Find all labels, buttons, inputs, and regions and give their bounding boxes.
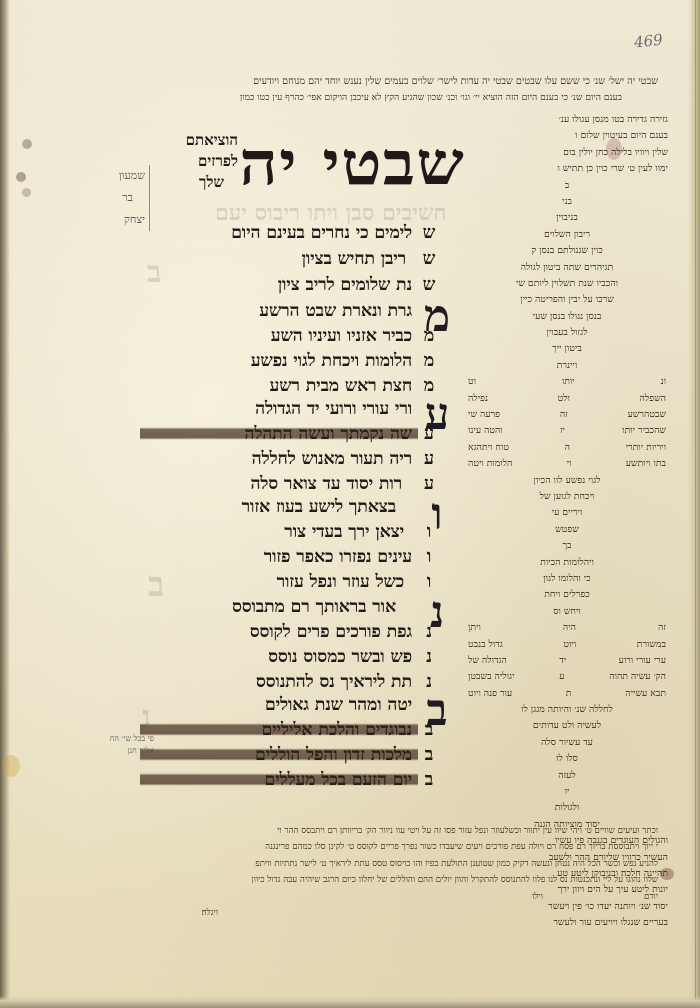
commentary-line: כפרלים ויחת xyxy=(462,587,672,603)
ink-stain xyxy=(22,188,31,197)
commentary-line: לעזה xyxy=(462,768,672,784)
commentary-line: סלו לו xyxy=(462,751,672,767)
page-edge-bottom xyxy=(0,996,700,1008)
triad-cell: זה xyxy=(560,407,568,423)
commentary-triad: זההיהויתן xyxy=(462,620,672,636)
poem-line: מ חצת ראש מבית רשע xyxy=(140,373,440,397)
triad-cell: שבטהרשע xyxy=(628,407,666,423)
poem-line: ורי עורי ורועי יד הגדולה xyxy=(140,396,440,420)
commentary-line: להניע נפש וכשר הכל היה נטחן ונעשה דקיק כ… xyxy=(138,856,658,872)
verse-text: יצאן ירך בעדי צור xyxy=(140,521,418,542)
poem-line: ו עינים נפזרו כאפר פזור xyxy=(140,544,440,568)
poem-line: נ גפת פורכים פרים לקוסס xyxy=(140,619,440,643)
commentary-line: ויחש וס xyxy=(462,604,672,620)
triad-cell: בתו ויותשע xyxy=(626,456,666,472)
verse-text-struck: שה נקמתך ועשה התהלה xyxy=(140,423,418,444)
triad-cell: יד xyxy=(559,653,566,669)
commentary-line: ויריים עי xyxy=(462,505,672,521)
title-side-line: הוציאתם xyxy=(168,130,238,151)
triad-cell: היה xyxy=(563,620,576,636)
commentary-line: שפטש xyxy=(462,522,672,538)
commentary-triad: הק׳ עשיה תהוהעיגוליה בשבטן xyxy=(462,669,672,685)
triad-cell: ויוט xyxy=(563,637,576,653)
verse-text: בצאתך לישע בעוז אזור xyxy=(140,496,418,517)
triad-cell: נפילה xyxy=(468,391,488,407)
poem-line-struck: ע שה נקמתך ועשה התהלה xyxy=(140,421,440,445)
triad-cell: פרעה שי xyxy=(468,407,500,423)
triad-cell: ה xyxy=(565,440,570,456)
triad-cell: ויתן xyxy=(468,620,481,636)
triad-cell: עור פנה ויוט xyxy=(468,686,512,702)
commentary-right-column: גזירה גדירה בטו מנסן עגולו ענ׳ בענם היום… xyxy=(462,112,672,932)
line-lead-letter: ו xyxy=(418,521,440,542)
triad-cell: במשורת xyxy=(637,637,666,653)
commentary-line: עד עשיור סלה xyxy=(462,735,672,751)
poem-line: בצאתך לישע בעוז אזור xyxy=(140,494,440,518)
verse-text: אור בראותך רם מתבוסס xyxy=(140,596,418,617)
verse-text: ריבן תחיש בציון xyxy=(140,248,418,269)
commentary-line: בענם היום בעיטוין שלום ו xyxy=(462,128,672,144)
poem-line: מ הלומות ויכחת לגוי נפשע xyxy=(140,348,440,372)
line-lead-letter: מ xyxy=(418,350,440,371)
poem-line: ו כשל עוזר ונפל עזור xyxy=(140,569,440,593)
verse-text: הלומות ויכחת לגוי נפשע xyxy=(140,350,418,371)
commentary-line: יורם וילו xyxy=(138,889,658,905)
triad-cell: והטה עינו xyxy=(468,423,503,439)
poem-line: ש ריבן תחיש בציון xyxy=(140,246,440,270)
commentary-line: ולגולות xyxy=(462,800,672,816)
triad-cell: ונ xyxy=(661,374,666,390)
title-side-line: לפרזים xyxy=(168,151,238,172)
commentary-line: לגוי נפשע לוו הכיון xyxy=(462,473,672,489)
commentary-line: יו xyxy=(462,784,672,800)
commentary-top: שבטי יה ישל׳ שנ׳ כי ששם עלו שבטים שבטי י… xyxy=(240,74,658,107)
commentary-line: ריבון השלוים xyxy=(462,227,672,243)
triad-cell: ולט xyxy=(558,391,570,407)
margin-note-line: יצחק xyxy=(95,209,145,231)
commentary-line: בנסן נגולו בנסן שעי xyxy=(462,309,672,325)
commentary-triad: שהכביר יותויזוהטה עינו xyxy=(462,423,672,439)
poem-line-struck: ב מלכות זדון והפל הוללים xyxy=(140,742,440,766)
margin-note-line: שמעון xyxy=(95,165,145,187)
poem-line: ש לימים כי נחרים בעינם היום xyxy=(140,220,440,244)
triad-cell: וי xyxy=(567,456,572,472)
verse-text: חצת ראש מבית רשע xyxy=(140,375,418,396)
poem-line-struck: ב יום הזעם בכל מעללים xyxy=(140,767,440,791)
verse-text: נת שלומים לריב ציון xyxy=(140,274,418,295)
triad-cell: הק׳ עשיה תהוה xyxy=(609,669,666,685)
commentary-line: והכביו שנת תשלוין ליותם שי xyxy=(462,276,672,292)
triad-cell: ויריות יותרי xyxy=(626,440,666,456)
commentary-line: לחללה שנ׳ והיותה מגגן לו xyxy=(462,702,672,718)
triad-cell: יותו xyxy=(562,374,575,390)
commentary-line: בני xyxy=(462,194,672,210)
poem-line: גרת ונארת שבט הרשע xyxy=(140,298,440,322)
commentary-line: לעשיה ולט עדותים xyxy=(462,718,672,734)
verse-text: כשל עוזר ונפל עזור xyxy=(140,571,418,592)
line-lead-letter: ע xyxy=(418,423,440,444)
commentary-triad: ערי עורי ורועידהגדולה של xyxy=(462,653,672,669)
commentary-line: י ייוך ויתבוססת בריוך רם פסח רם ויולה עפ… xyxy=(138,839,658,855)
commentary-triad: ויריות יותריהטוח ויתהגא xyxy=(462,440,672,456)
commentary-triad: בתו ויותשעויהלומות ויטה xyxy=(462,456,672,472)
triad-cell: יז xyxy=(560,423,565,439)
line-lead-letter: ב xyxy=(418,769,440,790)
triad-cell: תבא עשייה xyxy=(625,686,666,702)
triad-cell: שהכביר יותו xyxy=(622,423,666,439)
line-lead-letter: מ xyxy=(418,325,440,346)
commentary-line: לגזול בעבוין xyxy=(462,325,672,341)
ink-stain xyxy=(22,139,32,149)
triad-cell: ערי עורי ורוע xyxy=(619,653,666,669)
commentary-line: ימוו לעין ט׳ שרי כוין כן תתיש ו xyxy=(462,161,672,177)
page-edge-line xyxy=(695,0,696,1000)
commentary-triad: שבטהרשעזהפרעה שי xyxy=(462,407,672,423)
poem-line-struck: ב נבוגדים והלכת אליליים xyxy=(140,717,440,741)
line-lead-letter: נ xyxy=(418,621,440,642)
verse-text: פש ובשר כמסוס נוסס xyxy=(140,646,418,667)
triad-cell: זה xyxy=(658,620,666,636)
triad-cell: ת xyxy=(566,686,572,702)
commentary-line: ויהלומות הכיות xyxy=(462,555,672,571)
line-lead-letter: ב xyxy=(418,719,440,740)
verse-text-struck: נבוגדים והלכת אליליים xyxy=(140,719,418,740)
triad-cell: גדול בנבט xyxy=(468,637,503,653)
page-edge-right xyxy=(688,0,700,1008)
verse-text: יטה ומהר שנת גאולים xyxy=(140,694,418,715)
line-lead-letter: ש xyxy=(418,248,440,269)
commentary-line: כוין שגנולתם בנסן ק xyxy=(462,243,672,259)
verse-text: ריה תעור מאנוש לחללה xyxy=(140,448,418,469)
commentary-triad: השפלהולטנפילה xyxy=(462,391,672,407)
commentary-triad: תבא עשייהתעור פנה ויוט xyxy=(462,686,672,702)
page-gutter xyxy=(0,0,10,1008)
poem-line: ו יצאן ירך בעדי צור xyxy=(140,519,440,543)
title-side-text: הוציאתם לפרזים שלך xyxy=(168,130,238,193)
commentary-line: שלין ויוויו בלילה כחן יולין בום xyxy=(462,145,672,161)
line-lead-letter: נ xyxy=(418,646,440,667)
commentary-line: שלוו נהוגו על ליי ונתכנטות נס לנו פלוו ל… xyxy=(138,872,658,888)
poem-line: מ כביר אזניו ועיניו השע xyxy=(140,323,440,347)
triad-cell: וט xyxy=(468,374,476,390)
triad-cell: טוח ויתהגא xyxy=(468,440,509,456)
commentary-line: ב xyxy=(462,178,672,194)
commentary-line: גזירה גדירה בטו מנסן עגולו ענ׳ xyxy=(462,112,672,128)
commentary-line: בך xyxy=(462,538,672,554)
commentary-bottom: וכתר ועיעים שוויים ט׳ ויהי שיוו עין יתוו… xyxy=(138,823,658,921)
poem-line: נ פש ובשר כמסוס נוסס xyxy=(140,644,440,668)
verse-text-struck: מלכות זדון והפל הוללים xyxy=(140,744,418,765)
poem-line: ע רות יסוד עד צואר סלה xyxy=(140,471,440,495)
triad-cell: ע xyxy=(559,669,564,685)
triad-cell: יגוליה בשבטן xyxy=(468,669,515,685)
verse-text-struck: יום הזעם בכל מעללים xyxy=(140,769,418,790)
commentary-line: תגיהרים שתה ביטון לגולה xyxy=(462,260,672,276)
triad-cell: הלומות ויטה xyxy=(468,456,512,472)
yellow-stain xyxy=(2,755,20,777)
poem-line: ש נת שלומים לריב ציון xyxy=(140,272,440,296)
line-lead-letter: ע xyxy=(418,448,440,469)
commentary-line: ויינרת xyxy=(462,358,672,374)
verse-text: לימים כי נחרים בעינם היום xyxy=(140,222,418,243)
margin-note-line: בר xyxy=(95,187,145,209)
title-side-line: שלך xyxy=(168,172,238,193)
poem-line: יטה ומהר שנת גאולים xyxy=(140,692,440,716)
commentary-line: כי והלומו לגון xyxy=(462,571,672,587)
commentary-line: ויגלה׃ xyxy=(138,905,658,921)
commentary-line: ויכחת לגוען של xyxy=(462,489,672,505)
line-lead-letter: ש xyxy=(418,222,440,243)
verse-text: תת ליראיך נס להתנוסס xyxy=(140,671,418,692)
verse-text: גרת ונארת שבט הרשע xyxy=(140,300,418,321)
line-lead-letter: ו xyxy=(418,546,440,567)
commentary-line: וכתר ועיעים שוויים ט׳ ויהי שיוו עין יתוו… xyxy=(138,823,658,839)
folio-number: 469 xyxy=(633,31,663,52)
ink-stain xyxy=(16,172,26,182)
poem-line: ע ריה תעור מאנוש לחללה xyxy=(140,446,440,470)
commentary-line: שבטי יה ישל׳ שנ׳ כי ששם עלו שבטים שבטי י… xyxy=(240,74,658,90)
triad-cell: הגדולה של xyxy=(468,653,507,669)
commentary-line: בענם היום שנ׳ כי בענם היום הזה הוציא יי׳… xyxy=(240,90,658,106)
commentary-line: ביטון ייך xyxy=(462,341,672,357)
triad-cell: השפלה xyxy=(640,391,667,407)
commentary-line: בניבוין xyxy=(462,210,672,226)
verse-text: גפת פורכים פרים לקוסס xyxy=(140,621,418,642)
verse-text: עינים נפזרו כאפר פזור xyxy=(140,546,418,567)
manuscript-page: 469 שבטי יה ישל׳ שנ׳ כי ששם עלו שבטים שב… xyxy=(0,0,700,1008)
commentary-triad: וניותווט xyxy=(462,374,672,390)
poem-line: אור בראותך רם מתבוסס xyxy=(140,594,440,618)
verse-text: כביר אזניו ועיניו השע xyxy=(140,325,418,346)
verse-text: ורי עורי ורועי יד הגדולה xyxy=(140,398,418,419)
commentary-line: שרכו על יבין והפריטה כיין xyxy=(462,292,672,308)
line-lead-letter: ב xyxy=(418,744,440,765)
poem-line: נ תת ליראיך נס להתנוסס xyxy=(140,669,440,693)
commentary-triad: במשורתויוטגדול בנבט xyxy=(462,637,672,653)
verse-text: רות יסוד עד צואר סלה xyxy=(140,473,418,494)
